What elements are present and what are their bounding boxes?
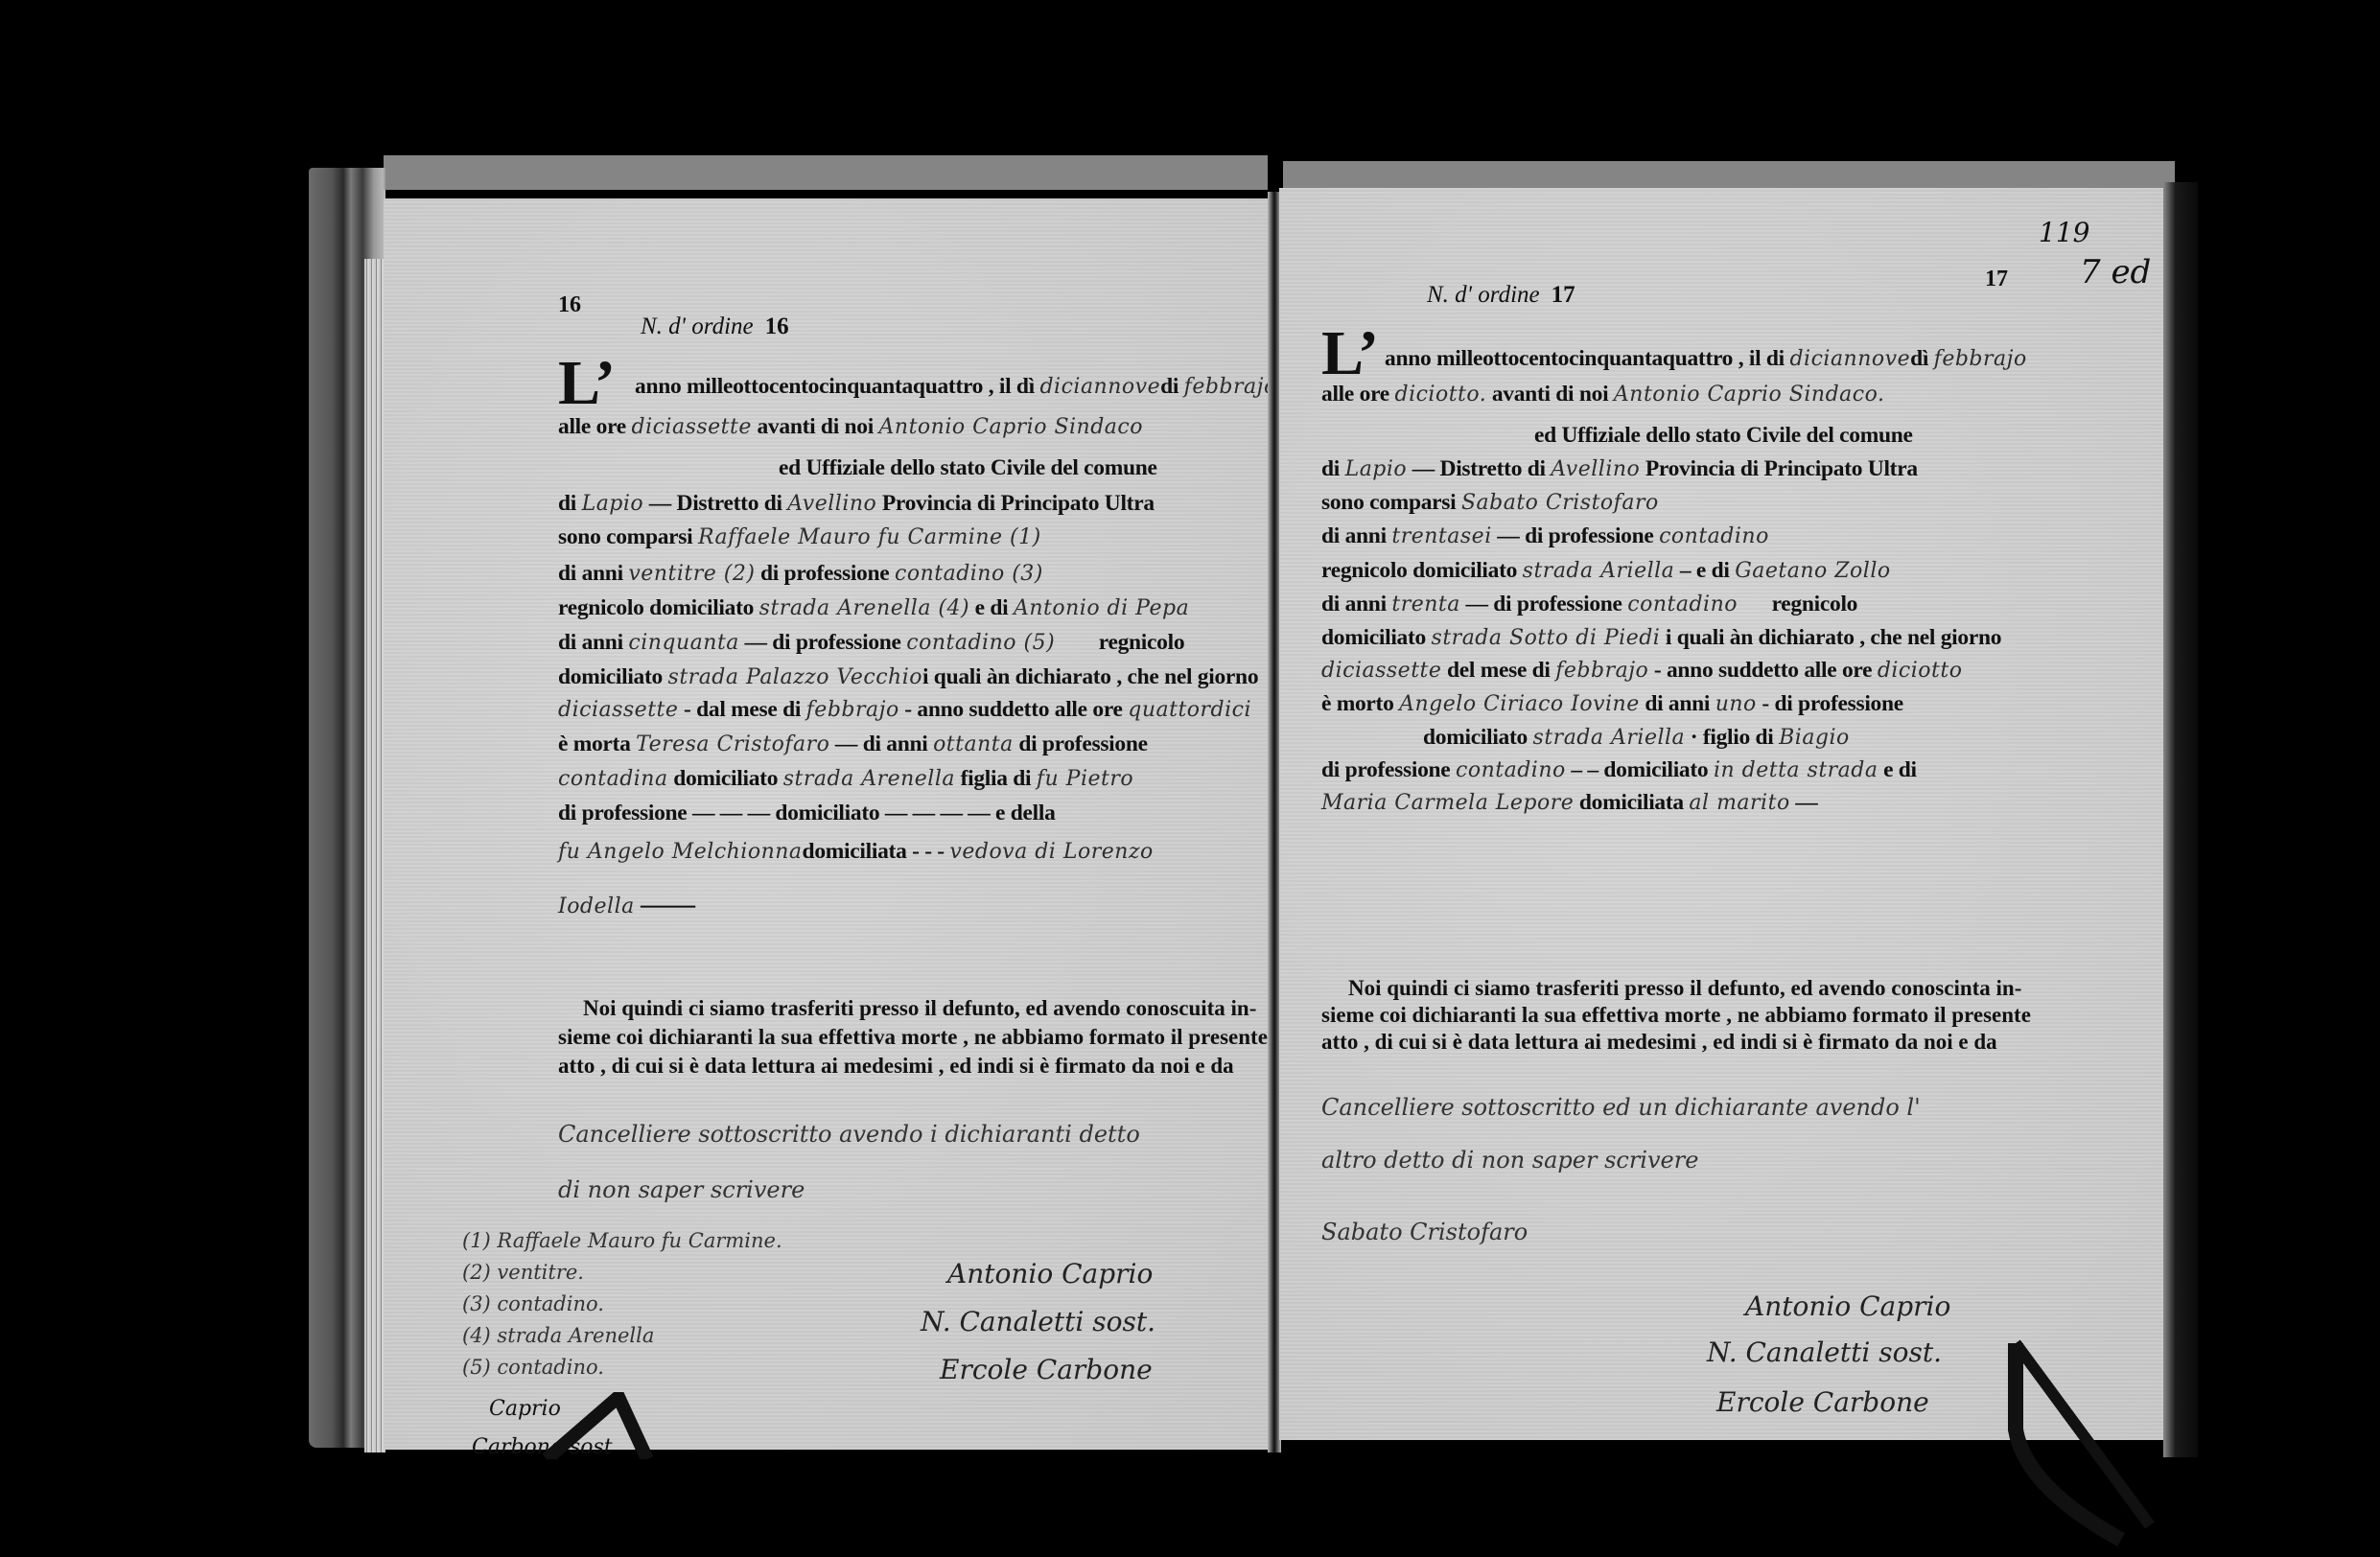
record-line: di anni trenta — di professione contadin… (1321, 592, 1857, 617)
signature-witness: Ercole Carbone (940, 1354, 1153, 1385)
page-top-edge-left (384, 155, 1268, 190)
record-line: di professione — — — domiciliato — — — —… (558, 801, 1056, 826)
record-line: è morta Teresa Cristofaro — di anni otta… (558, 732, 1148, 757)
closing-paragraph-line: atto , di cui si è data lettura ai medes… (1321, 1028, 1997, 1057)
record-line: diciassette del mese di febbrajo - anno … (1321, 658, 1962, 684)
record-line: domiciliato strada Ariella · figlio di B… (1423, 725, 1850, 751)
record-line: di professione contadino – – domiciliato… (1321, 757, 1917, 783)
handwritten-closing: di non saper scrivere (558, 1176, 805, 1203)
page-number: 17 (1985, 267, 2008, 292)
book-cover-edge-right (2163, 182, 2198, 1457)
record-line: Maria Carmela Lepore domiciliata al mari… (1321, 790, 1817, 816)
record-line: alle ore diciassette avanti di noi Anton… (558, 414, 1143, 440)
record-line: diciassette - dal mese di febbrajo - ann… (558, 697, 1251, 723)
footnote: (2) ventitre. (462, 1261, 584, 1284)
record-line: anno milleottocentocinquantaquattro , il… (635, 374, 1277, 400)
record-line: regnicolo domiciliato strada Ariella – e… (1321, 558, 1891, 584)
record-line: è morto Angelo Ciriaco Iovine di anni un… (1321, 691, 1903, 717)
closing-paragraph-line: sieme coi dichiaranti la sua effettiva m… (558, 1023, 1268, 1052)
record-line: di Lapio — Distretto di Avellino Provinc… (558, 491, 1155, 517)
record-line: anno milleottocentocinquantaquattro , il… (1385, 346, 2027, 372)
ordine-heading: N. d' ordine16 (641, 314, 789, 340)
record-line: Iodella ⸻ (558, 887, 696, 919)
record-line: domiciliato strada Sotto di Piedi i qual… (1321, 625, 2001, 651)
record-line: di anni trentasei — di professione conta… (1321, 523, 1769, 549)
archive-mark: 7 ed (2080, 253, 2151, 291)
signature-cancelliere: N. Canaletti sost. (921, 1306, 1155, 1337)
record-line: di anni cinquanta — di professione conta… (558, 630, 1184, 656)
closing-paragraph-line: atto , di cui si è data lettura ai medes… (558, 1052, 1234, 1081)
signature-sindaco: Antonio Caprio (1745, 1290, 1950, 1322)
record-line: contadina domiciliato strada Arenella fi… (558, 766, 1133, 792)
record-line: regnicolo domiciliato strada Arenella (4… (558, 595, 1189, 621)
record-line: ed Uffiziale dello stato Civile del comu… (779, 455, 1157, 481)
binding-clip-icon (2006, 1334, 2169, 1554)
page-stack-edges (364, 259, 385, 1452)
footnote: (1) Raffaele Mauro fu Carmine. (462, 1229, 782, 1252)
handwritten-closing: altro detto di non saper scrivere (1321, 1147, 1698, 1174)
record-line: di anni ventitre (2) di professione cont… (558, 561, 1043, 587)
signature-cancelliere: N. Canaletti sost. (1707, 1336, 1942, 1368)
signature-sindaco: Antonio Caprio (947, 1258, 1153, 1290)
drop-cap: L’ (558, 352, 616, 415)
record-line: ed Uffiziale dello stato Civile del comu… (1534, 423, 1913, 449)
handwritten-closing: Cancelliere sottoscritto ed un dichiaran… (1321, 1094, 1921, 1121)
record-line: di Lapio — Distretto di Avellino Provinc… (1321, 456, 1918, 482)
drop-cap: L’ (1321, 322, 1379, 385)
closing-paragraph-line: Noi quindi ci siamo trasferiti presso il… (1348, 974, 2021, 1003)
footnote: (5) contadino. (462, 1356, 604, 1379)
page-top-edge-right (1283, 161, 2175, 190)
binding-clip-icon (527, 1392, 671, 1459)
archive-mark: 119 (2039, 217, 2089, 248)
footnote: (4) strada Arenella (462, 1324, 654, 1347)
left-page: 16 N. d' ordine16 L’ anno milleottocento… (384, 198, 1279, 1450)
right-page: N. d' ordine17 17 119 7 ed L’ anno mille… (1279, 188, 2163, 1440)
closing-paragraph-line: Noi quindi ci siamo trasferiti presso il… (583, 994, 1256, 1023)
declarant-signature: Sabato Cristofaro (1321, 1219, 1528, 1245)
record-line: sono comparsi Sabato Cristofaro (1321, 490, 1659, 516)
page-number: 16 (558, 292, 581, 318)
ordine-heading: N. d' ordine17 (1427, 282, 1575, 309)
handwritten-closing: Cancelliere sottoscritto avendo i dichia… (558, 1121, 1140, 1148)
record-line: fu Angelo Melchionnadomiciliata - - - ve… (558, 839, 1154, 865)
closing-paragraph-line: sieme coi dichiaranti la sua effettiva m… (1321, 1001, 2031, 1030)
record-line: domiciliato strada Palazzo Vecchioi qual… (558, 664, 1258, 690)
record-line: sono comparsi Raffaele Mauro fu Carmine … (558, 524, 1041, 550)
signature-witness: Ercole Carbone (1716, 1386, 1929, 1418)
record-line: alle ore diciotto. avanti di noi Antonio… (1321, 382, 1884, 407)
footnote: (3) contadino. (462, 1292, 604, 1315)
